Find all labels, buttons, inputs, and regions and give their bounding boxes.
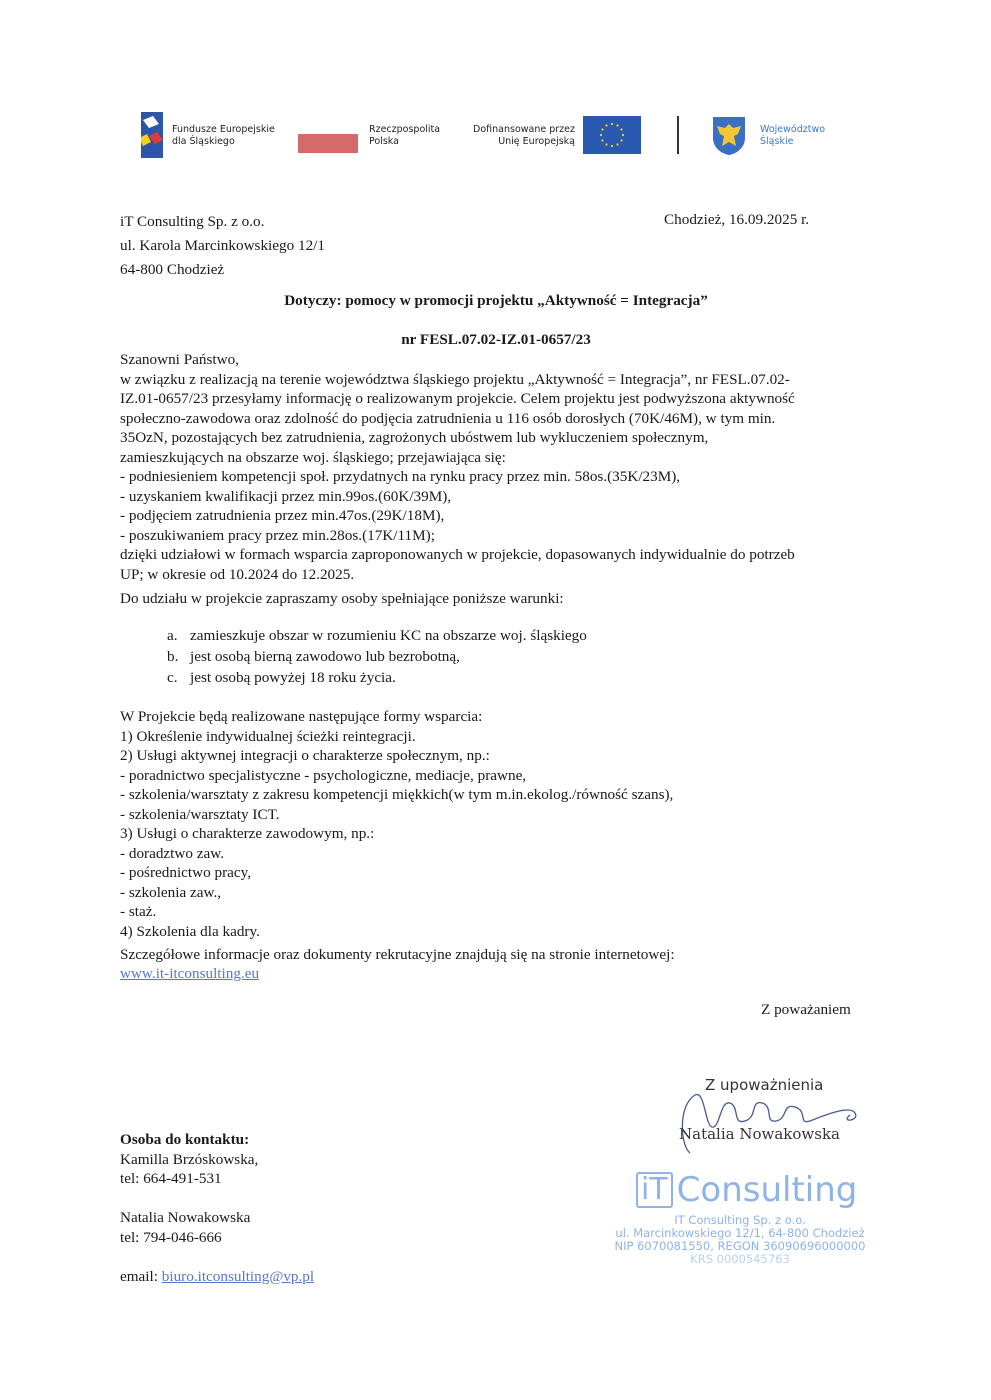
intro-paragraph: w związku z realizacją na terenie wojewó…	[120, 370, 795, 585]
support-line: - szkolenia/warsztaty ICT.	[120, 805, 673, 825]
intro-line: zamieszkujących na obszarze woj. śląskie…	[120, 448, 795, 468]
sender-company: iT Consulting Sp. z o.o.	[120, 210, 325, 234]
conditions-list: a.zamieszkuje obszar w rozumieniu KC na …	[167, 625, 587, 688]
greeting: Szanowni Państwo,	[120, 350, 795, 370]
intro-line: w związku z realizacją na terenie wojewó…	[120, 370, 795, 390]
conditions-intro: Do udziału w projekcie zapraszamy osoby …	[120, 589, 564, 609]
intro-line: UP; w okresie od 10.2024 do 12.2025.	[120, 565, 795, 585]
logo-divider	[677, 116, 679, 154]
support-line: - staż.	[120, 902, 673, 922]
contact-block: Osoba do kontaktu: Kamilla Brzóskowska, …	[120, 1130, 314, 1286]
details-line: Szczegółowe informacje oraz dokumenty re…	[120, 945, 675, 965]
date-line: Chodzież, 16.09.2025 r.	[664, 210, 809, 230]
website-link[interactable]: www.it-itconsulting.eu	[120, 964, 259, 984]
sender-city: 64-800 Chodzież	[120, 258, 325, 282]
letter-body: Szanowni Państwo, w związku z realizacją…	[120, 350, 795, 584]
stamp-details: IT Consulting Sp. z o.o. ul. Marcinkowsk…	[600, 1214, 880, 1266]
intro-line: 35OzN, pozostających bez zatrudnienia, z…	[120, 428, 795, 448]
fundusze-europejskie-logo-icon	[137, 112, 163, 158]
intro-line: - podniesieniem kompetencji społ. przyda…	[120, 467, 795, 487]
sender-street: ul. Karola Marcinkowskiego 12/1	[120, 234, 325, 258]
subject-line: Dotyczy: pomocy w promocji projektu „Akt…	[120, 291, 872, 311]
signature-icon	[650, 1085, 890, 1160]
support-line: 2) Usługi aktywnej integracji o charakte…	[120, 746, 673, 766]
contact-person2-name: Natalia Nowakowska	[120, 1208, 314, 1228]
condition-text: jest osobą bierną zawodowo lub bezrobotn…	[190, 648, 460, 665]
intro-line: - podjęciem zatrudnienia przez min.47os.…	[120, 506, 795, 526]
sender-address: iT Consulting Sp. z o.o. ul. Karola Marc…	[120, 210, 325, 282]
condition-item: a.zamieszkuje obszar w rozumieniu KC na …	[167, 625, 587, 646]
condition-letter: b.	[167, 646, 190, 667]
stamp-logo-word: Consulting	[677, 1170, 858, 1210]
contact-person1-name: Kamilla Brzóskowska,	[120, 1150, 314, 1170]
contact-person2-tel: tel: 794-046-666	[120, 1228, 314, 1248]
support-forms: W Projekcie będą realizowane następujące…	[120, 707, 673, 941]
intro-line: - uzyskaniem kwalifikacji przez min.99os…	[120, 487, 795, 507]
signatory-name: Natalia Nowakowska	[679, 1125, 840, 1143]
eu-logo-text: Dofinansowane przez Unię Europejską	[467, 124, 575, 148]
condition-letter: c.	[167, 667, 190, 688]
contact-email-line: email: biuro.itconsulting@vp.pl	[120, 1267, 314, 1287]
project-number: nr FESL.07.02-IZ.01-0657/23	[120, 330, 872, 350]
fe-logo-text: Fundusze Europejskie dla Śląskiego	[172, 124, 275, 148]
condition-text: zamieszkuje obszar w rozumieniu KC na ob…	[190, 627, 587, 644]
support-line: - szkolenia/warsztaty z zakresu kompeten…	[120, 785, 673, 805]
eu-flag-icon	[583, 116, 641, 154]
intro-line: IZ.01-0657/23 przesyłamy informację o re…	[120, 389, 795, 409]
support-line: W Projekcie będą realizowane następujące…	[120, 707, 673, 727]
slaskie-logo-text: Województwo Śląskie	[760, 124, 825, 148]
poland-flag-icon	[298, 115, 358, 153]
condition-text: jest osobą powyżej 18 roku życia.	[190, 669, 396, 686]
email-link[interactable]: biuro.itconsulting@vp.pl	[162, 1268, 314, 1285]
support-line: - pośrednictwo pracy,	[120, 863, 673, 883]
intro-line: dzięki udziałowi w formach wsparcia zapr…	[120, 545, 795, 565]
support-line: 3) Usługi o charakterze zawodowym, np.:	[120, 824, 673, 844]
intro-line: społeczno-zawodowa oraz zdolność do podj…	[120, 409, 795, 429]
condition-letter: a.	[167, 625, 190, 646]
support-line: 1) Określenie indywidualnej ścieżki rein…	[120, 727, 673, 747]
contact-person1-tel: tel: 664-491-531	[120, 1169, 314, 1189]
closing: Z poważaniem	[761, 1000, 851, 1020]
support-line: - poradnictwo specjalistyczne - psycholo…	[120, 766, 673, 786]
rp-logo-text: Rzeczpospolita Polska	[369, 124, 440, 148]
support-line: 4) Szkolenia dla kadry.	[120, 922, 673, 942]
support-line: - szkolenia zaw.,	[120, 883, 673, 903]
contact-heading: Osoba do kontaktu:	[120, 1130, 314, 1150]
condition-item: b.jest osobą bierną zawodowo lub bezrobo…	[167, 646, 587, 667]
silesia-coat-of-arms-icon	[712, 116, 746, 156]
stamp-logo-it: iT	[636, 1172, 673, 1208]
support-line: - doradztwo zaw.	[120, 844, 673, 864]
company-stamp: iTConsulting	[636, 1172, 857, 1208]
condition-item: c.jest osobą powyżej 18 roku życia.	[167, 667, 587, 688]
intro-line: - poszukiwaniem pracy przez min.28os.(17…	[120, 526, 795, 546]
